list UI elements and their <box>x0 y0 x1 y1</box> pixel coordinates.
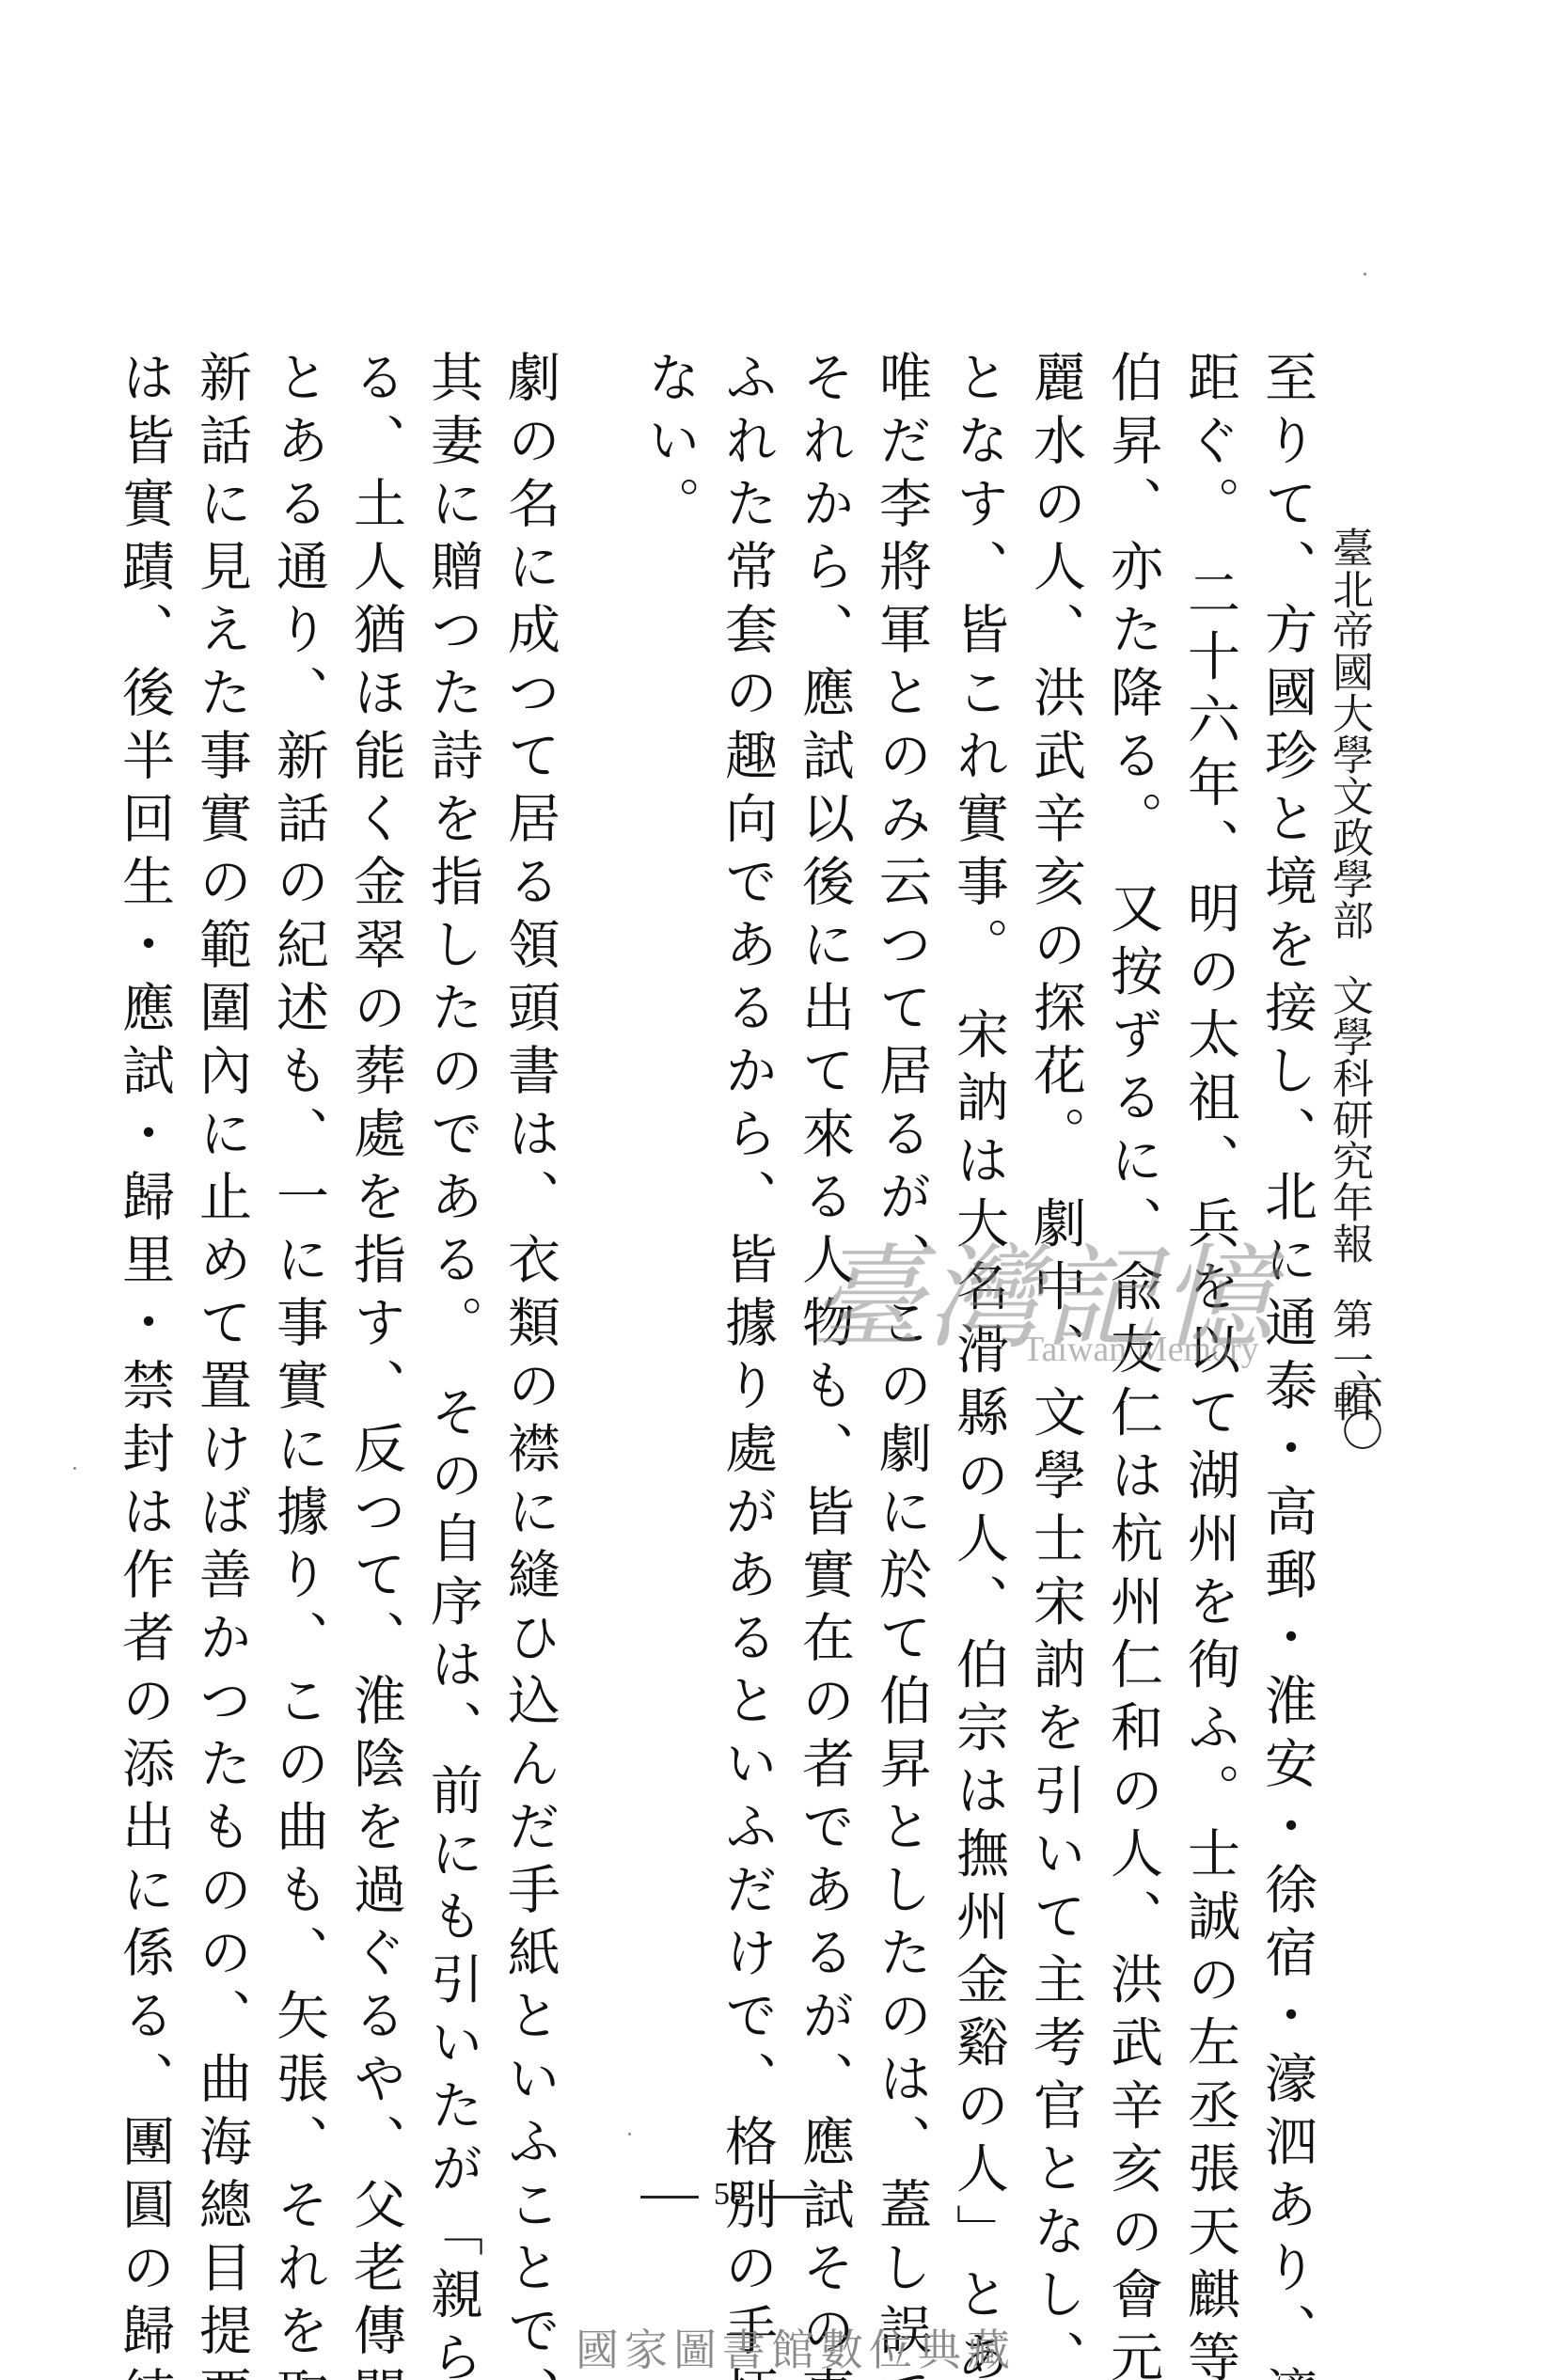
text-column: 距ぐ。 二十六年、明の太祖、兵を以て湖州を徇ふ。士誠の左丞張天麒等、城を以て降り… <box>1171 350 1248 2118</box>
text-column: は皆實蹟、後半回生・應試・歸里・禁封は作者の添出に係る、團圓の歸結を作さむと欲す <box>105 350 182 2118</box>
footer-dash-left <box>640 2196 699 2199</box>
text-column: 伯昇、亦た降る。 又按ずるに、兪友仁は杭州仁和の人、洪武辛亥の會元、吳公達は處州 <box>1094 350 1171 2118</box>
page-number: 58 <box>714 2177 746 2212</box>
scan-speck <box>628 2133 631 2136</box>
body-text: 至りて、方國珍と境を接し、北に通泰・高郵・淮安・徐宿・濠泗あり、濟寧に至りて、山… <box>105 350 1325 2118</box>
text-column: ない。 <box>631 350 708 2118</box>
text-column: それから、應試以後に出て來る人物も、皆實在の者であるが、應試その事が、全く有り <box>785 350 862 2118</box>
text-column: 唯だ李將軍とのみ云つて居るが、この劇に於て伯昇としたのは、蓋し誤でなからう。 <box>862 350 939 2118</box>
text-column: 麗水の人、洪武辛亥の探花。 劇中、文學士宋訥を引いて主考官となし、狀元を吳伯宗 <box>1017 350 1094 2118</box>
text-column: 新話に見えた事實の範圍內に止めて置けば善かつたものの、曲海總目提要に「前半 <box>182 350 260 2118</box>
text-column: 其妻に贈つた詩を指したのである。 その自序は、前にも引いたが「親ら道場山に至 <box>414 350 491 2118</box>
text-column: とある通り、新話の紀述も、一に事實に據り、この曲も、矢張、それを取り込んで居るが… <box>260 350 337 2118</box>
publisher-name: 臺北帝國大學文政學部 <box>1325 527 1373 940</box>
library-caption: 國家圖書館數位典藏 <box>576 2316 1016 2378</box>
text-column: ふれた常套の趣向であるから、皆據り處があるといふだけで、格別の手柄にも成ら <box>708 350 785 2118</box>
page-number-kanji: 六〇 <box>1328 1368 1388 1451</box>
footer-dash-right <box>761 2196 819 2199</box>
text-column-paragraph-start: 劇の名に成つて居る領頭書は、衣類の襟に縫ひ込んだ手紙といふことで、金定が <box>491 350 631 2118</box>
journal-title: 文學科研究年報 <box>1325 974 1373 1264</box>
page-footer: 58 <box>625 2177 834 2213</box>
text-column: となす、皆これ實事。 宋訥は大名滑縣の人、伯宗は撫州金谿の人」とある。 新話には… <box>939 350 1017 2118</box>
scanned-book-page: 臺北帝國大學文政學部文學科研究年報第一輯 六〇 至りて、方國珍と境を接し、北に通… <box>0 0 1562 2380</box>
scan-speck <box>1364 273 1366 276</box>
text-column: 至りて、方國珍と境を接し、北に通泰・高郵・淮安・徐宿・濠泗あり、濟寧に至りて、山… <box>1248 350 1325 2118</box>
text-column: る、土人猶ほ能く金翠の葬處を指す、反つて、淮陰を過ぐるや、父老傳聞、その說、やや… <box>337 350 414 2118</box>
running-head: 臺北帝國大學文政學部文學科研究年報第一輯 <box>1328 527 1369 1422</box>
scan-speck <box>73 1467 76 1470</box>
